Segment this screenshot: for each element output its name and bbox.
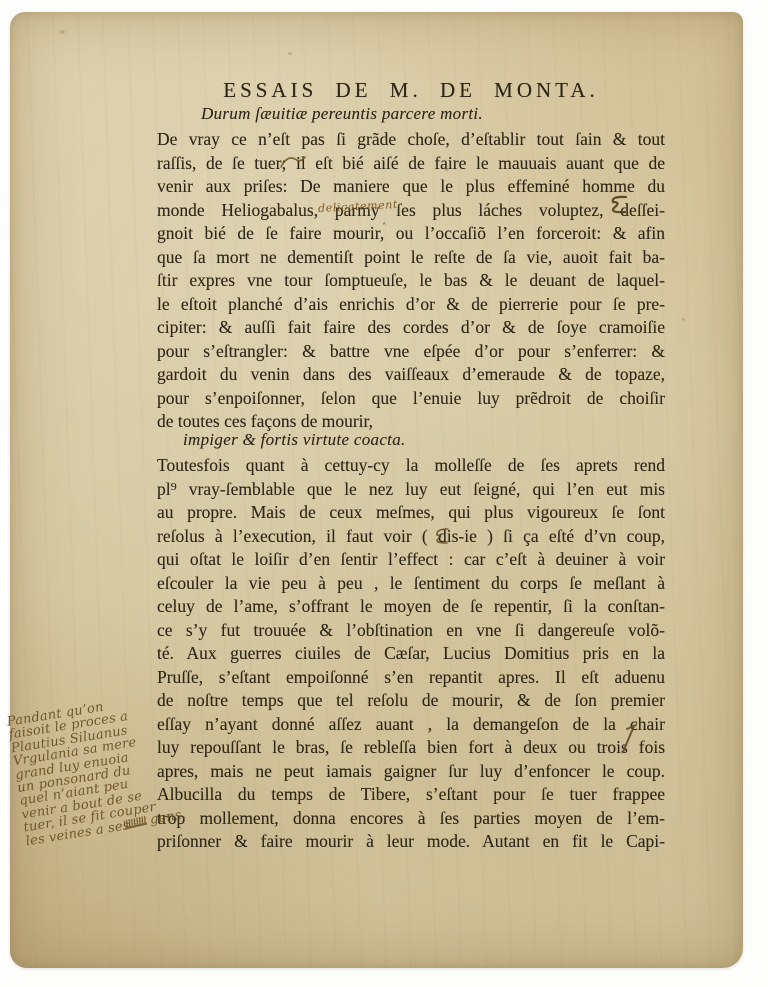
text-line: de noſtre temps que tel reſolu de mourir…	[157, 689, 665, 713]
text-line: gnoit bié de ſe faire mourir, ou l’occaſ…	[157, 222, 665, 246]
text-line: pl⁹ vray-ſemblable que le nez luy eut ſe…	[157, 478, 665, 502]
paragraph-2: Toutesfois quant à cettuy-cy la molleſſe…	[157, 454, 665, 854]
text-line: monde Heliogabalus, parmy ſes plus láche…	[157, 199, 665, 223]
paper-stain	[60, 30, 65, 34]
text-line: Pruſſe, s’eſtant empoiſonné s’en repanti…	[157, 666, 665, 690]
paper-stain	[682, 318, 685, 321]
paragraph-1: De vray ce n’eſt pas ſi grãde choſe, d’e…	[157, 128, 665, 434]
text-line: Toutesfois quant à cettuy-cy la molleſſe…	[157, 454, 665, 478]
text-line: Albucilla du temps de Tibere, s’eſtant p…	[157, 783, 665, 807]
text-line: eſcouler la vie peu à peu , le ſentiment…	[157, 572, 665, 596]
text-line: raſſis, de ſe tuer; il eſt bié aiſé de f…	[157, 152, 665, 176]
text-line: pour s’enpoiſonner, ſelon que l’enuie lu…	[157, 387, 665, 411]
caret-mark: ‸	[382, 212, 387, 225]
text-line: gardoit du venin dans des vaiſſeaux d’em…	[157, 363, 665, 387]
margin-note: Pandant qu’onfaisoit le proces aPlautius…	[6, 688, 205, 849]
paper-stain	[445, 168, 448, 171]
book-page: ESSAIS DE M. DE MONTA. Durum ſæuitiæ per…	[10, 12, 743, 968]
text-line: ſtir expres vne tour ſomptueuſe, le bas …	[157, 269, 665, 293]
latin-quote-1: Durum ſæuitiæ pereuntis parcere morti.	[201, 104, 483, 124]
text-line: pour s’eſtrangler: & battre vne eſpée d’…	[157, 340, 665, 364]
text-line: té. Aux guerres ciuiles de Cæſar, Lucius…	[157, 642, 665, 666]
text-line: apres, mais ne peut iamais gaigner ſur l…	[157, 760, 665, 784]
text-line: cipiter: & auſſi fait faire des cordes d…	[157, 316, 665, 340]
text-block: ESSAIS DE M. DE MONTA. Durum ſæuitiæ per…	[157, 74, 665, 914]
text-line: au propre. Mais de ceux meſmes, qui plus…	[157, 501, 665, 525]
text-line: De vray ce n’eſt pas ſi grãde choſe, d’e…	[157, 128, 665, 152]
text-line: ce s’y fut trouuée & l’obſtination en vn…	[157, 619, 665, 643]
scanned-book-page: ESSAIS DE M. DE MONTA. Durum ſæuitiæ per…	[0, 0, 768, 987]
text-line: reſolus à l’execution, il faut voir ( di…	[157, 525, 665, 549]
text-line: luy repouſſant le bras, ſe rebleſſa bien…	[157, 736, 665, 760]
text-line: priſonner & faire mourir à leur mode. Au…	[157, 830, 665, 854]
latin-quote-2: impiger & fortis virtute coacta.	[183, 430, 406, 450]
paper-stain	[288, 52, 292, 55]
text-line: le eſtoit planché d’ais enrichis d’or & …	[157, 293, 665, 317]
text-line: eſſay n’ayant donné aſſez auant , la dem…	[157, 713, 665, 737]
text-line: qui oſtat le loiſir d’en ſentir l’effect…	[157, 548, 665, 572]
strikethrough-scribble	[124, 816, 147, 830]
text-line: celuy de l’ame, s’offrant le moyen de ſe…	[157, 595, 665, 619]
text-line: trop mollement, donna encores à ſes part…	[157, 807, 665, 831]
running-header: ESSAIS DE M. DE MONTA.	[157, 78, 665, 103]
text-line: que ſa mort ne dementiſt point le reſte …	[157, 246, 665, 270]
text-line: venir aux priſes: De maniere que le plus…	[157, 175, 665, 199]
